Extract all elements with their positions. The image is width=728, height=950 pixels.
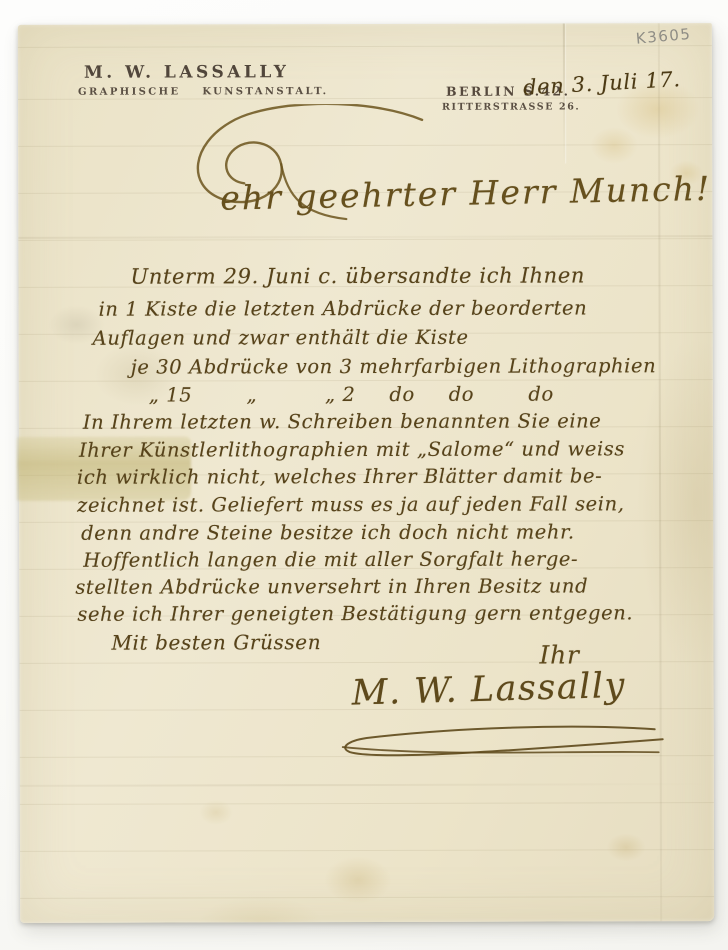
body-line: „ 15 „ „ 2 do do do (149, 383, 554, 407)
crease-horizontal-lower (20, 783, 714, 787)
closing-line: Mit besten Grüssen (111, 630, 321, 655)
archival-number: K3605 (635, 25, 692, 48)
letterhead-company: M. W. LASSALLY (84, 62, 289, 83)
valediction: Ihr (539, 640, 579, 669)
body-line: In Ihrem letzten w. Schreiben benannten … (83, 409, 602, 433)
scan-background: K3605 M. W. LASSALLY GRAPHISCHE KUNSTANS… (0, 0, 728, 950)
body-line: Ihrer Künstlerlithographien mit „Salome“… (79, 437, 625, 461)
salutation: ehr geehrter Herr Munch! (220, 169, 712, 218)
body-line: Hoffentlich langen die mit aller Sorgfal… (83, 547, 578, 571)
handwritten-date: den 3. Juli 17. (522, 67, 681, 100)
crease-vertical-right (658, 23, 662, 921)
body-line: zeichnet ist. Geliefert muss es ja auf j… (77, 492, 625, 516)
crease-horizontal-upper (18, 235, 712, 239)
body-line: stellten Abdrücke unversehrt in Ihren Be… (75, 574, 588, 598)
letterhead-subtitle: GRAPHISCHE KUNSTANSTALT. (78, 86, 329, 98)
body-line: Auflagen und zwar enthält die Kiste (93, 326, 469, 350)
body-line: je 30 Abdrücke von 3 mehrfarbigen Lithog… (131, 354, 657, 378)
signature-flourish-icon (335, 721, 670, 764)
signature: M. W. Lassally (351, 666, 626, 714)
body-line: in 1 Kiste die letzten Abdrücke der beor… (99, 296, 588, 320)
letterhead-street: RITTERSTRASSE 26. (442, 101, 580, 112)
body-line: ich wirklich nicht, welches Ihrer Blätte… (77, 464, 602, 488)
body-line: sehe ich Ihrer geneigten Bestätigung ger… (77, 601, 633, 625)
body-line: denn andre Steine besitze ich doch nicht… (81, 520, 575, 544)
body-line: Unterm 29. Juni c. übersandte ich Ihnen (130, 263, 585, 288)
letter-paper: K3605 M. W. LASSALLY GRAPHISCHE KUNSTANS… (18, 23, 714, 923)
